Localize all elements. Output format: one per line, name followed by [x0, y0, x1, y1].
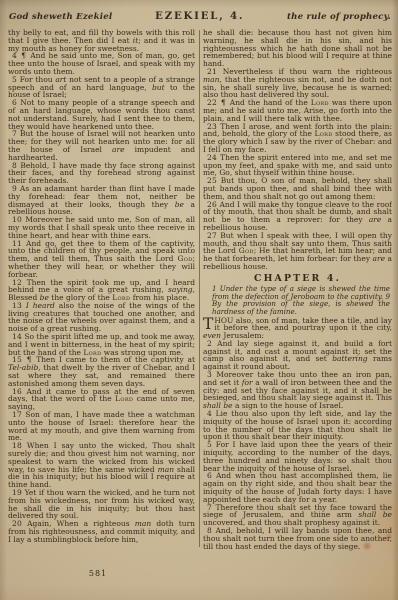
verse-number: 27 — [207, 231, 217, 240]
verse-4: 4 ¶ And he said unto me, Son of man, go,… — [8, 52, 195, 75]
verse-13: 13 I heard also the noise of the wings o… — [8, 302, 195, 333]
verse-number: 9 — [12, 184, 17, 193]
verse-number: 14 — [12, 332, 22, 341]
verse-number: 10 — [12, 215, 22, 224]
verse-number: 7 — [12, 129, 17, 138]
verse-number: 8 — [12, 161, 17, 170]
verse-number: 8 — [207, 526, 212, 535]
verse-number: 13 — [12, 301, 22, 310]
verse-12: 12 Then the spirit took me up, and I hea… — [8, 279, 195, 302]
verse-number: 16 — [12, 387, 22, 396]
verse-number: 18 — [12, 441, 22, 450]
verse-20: 20 Again, When a righteous man doth turn… — [8, 520, 195, 543]
verse-22: 22 ¶ And the hand of the Lord was there … — [203, 99, 392, 122]
verse-number: 11 — [12, 239, 22, 248]
left-column: thy belly to eat, and fill thy bowels wi… — [8, 29, 195, 571]
running-head-left: God sheweth Ezekiel — [9, 12, 112, 22]
verse-number: 6 — [207, 471, 212, 480]
verse-number: 5 — [12, 75, 17, 84]
verse-7: 7 Therefore thou shalt set thy face towa… — [203, 504, 392, 527]
page-number: 581 — [0, 569, 196, 578]
verse-number: 20 — [12, 519, 22, 528]
verse-27: 27 But when I speak with thee, I will op… — [203, 232, 392, 271]
chapter-heading: CHAPTER 4. — [203, 275, 392, 283]
text-columns: thy belly to eat, and fill thy bowels wi… — [8, 29, 392, 571]
verse-11: 11 And go, get thee to them of the capti… — [8, 240, 195, 279]
verse-14: 14 So the spirit lifted me up, and took … — [8, 333, 195, 356]
verse-17: 17 Son of man, I have made thee a watchm… — [8, 411, 195, 442]
verse-18: 18 When I say unto the wicked, Thou shal… — [8, 442, 195, 489]
verse-10: 10 Moreover he said unto me, Son of man,… — [8, 216, 195, 239]
verse-15: 15 ¶ Then I came to them of the captivit… — [8, 356, 195, 387]
chapter-summary: 1 Under the type of a siege is shewed th… — [212, 285, 390, 315]
verse-2: 2 And lay siege against it, and build a … — [203, 340, 392, 371]
verse-6: 6 And when thou hast accomplished them, … — [203, 472, 392, 503]
verse-25: 25 But thou, O son of man, behold, they … — [203, 177, 392, 200]
verse-26: 26 And I will make thy tongue cleave to … — [203, 201, 392, 232]
verse-7: 7 But the house of Israel will not heark… — [8, 130, 195, 161]
verse-21: 21 Nevertheless if thou warn the righteo… — [203, 68, 392, 99]
verse-16: 16 And it came to pass at the end of sev… — [8, 388, 195, 411]
verse-6: 6 Not to many people of a strange speech… — [8, 99, 195, 130]
verse-8: 8 Behold, I have made thy face strong ag… — [8, 162, 195, 185]
verse-number: 4 — [12, 51, 17, 60]
verse-1: THOU also, son of man, take thee a tile,… — [203, 317, 392, 340]
verse-9: 9 As an adamant harder than flint have I… — [8, 185, 195, 216]
verse-number: 5 — [207, 440, 212, 449]
verse-4: 4 Lie thou also upon thy left side, and … — [203, 410, 392, 441]
pilcrow-mark: ¶ — [20, 51, 27, 60]
verse-5: 5 For I have laid upon thee the years of… — [203, 441, 392, 472]
verse-number: 4 — [207, 409, 212, 418]
running-head-right: the rule of prophecy. — [287, 12, 391, 22]
verse-23: 23 Then I arose, and went forth into the… — [203, 123, 392, 154]
verse-number: 26 — [207, 200, 217, 209]
verse-number: 12 — [12, 278, 22, 287]
continuation-paragraph: thy belly to eat, and fill thy bowels wi… — [8, 29, 195, 52]
drop-cap: T — [203, 318, 214, 332]
continuation-paragraph: he shall die: because thou hast not give… — [203, 29, 392, 68]
verse-number: 23 — [207, 122, 217, 131]
column-divider-rule — [199, 30, 200, 547]
right-column: he shall die: because thou hast not give… — [203, 29, 392, 571]
verse-5: 5 For thou art not sent to a people of a… — [8, 76, 195, 99]
verse-number: 25 — [207, 176, 217, 185]
running-head: God sheweth Ezekiel EZEKIEL, 4. the rule… — [9, 10, 391, 23]
verse-3: 3 Moreover take thou unto thee an iron p… — [203, 371, 392, 410]
verse-number: 3 — [207, 370, 212, 379]
verse-number: 22 — [207, 98, 217, 107]
pilcrow-mark: ¶ — [220, 98, 227, 107]
verse-number: 24 — [207, 153, 217, 162]
verse-number: 19 — [12, 488, 22, 497]
verse-number: 17 — [12, 410, 22, 419]
verse-number: 2 — [207, 339, 212, 348]
verse-number: 6 — [12, 98, 17, 107]
verse-19: 19 Yet if thou warn the wicked, and he t… — [8, 489, 195, 520]
bible-page: God sheweth Ezekiel EZEKIEL, 4. the rule… — [0, 0, 398, 600]
running-head-title: EZEKIEL, 4. — [155, 10, 244, 22]
verse-24: 24 Then the spirit entered into me, and … — [203, 154, 392, 177]
verse-8: 8 And, behold, I will lay bands upon the… — [203, 527, 392, 550]
verse-number: 7 — [207, 503, 212, 512]
